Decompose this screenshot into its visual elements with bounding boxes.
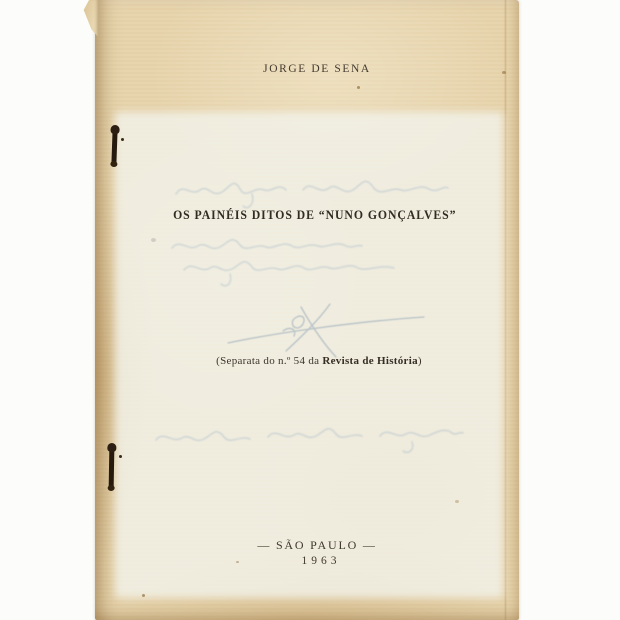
foxing-spot bbox=[357, 86, 360, 89]
year-line: 1963 bbox=[95, 555, 533, 567]
staple-bottom bbox=[109, 446, 115, 489]
photographed-booklet-cover: JORGE DE SENA OS PAINÉIS DITOS DE “NUNO … bbox=[0, 0, 620, 620]
foxing-spot bbox=[455, 500, 459, 503]
foxing-spot bbox=[502, 71, 506, 74]
foxing-spot bbox=[151, 238, 156, 242]
separata-journal: Revista de História bbox=[322, 355, 418, 367]
foxing-spot bbox=[142, 594, 145, 597]
staple-hole-dot bbox=[121, 138, 124, 141]
author-line: JORGE DE SENA bbox=[95, 63, 529, 75]
separata-suffix: ) bbox=[418, 355, 422, 367]
separata-line: (Separata do n.º 54 da Revista de Histór… bbox=[95, 355, 531, 367]
staple-hole-dot bbox=[119, 455, 122, 458]
corner-curl bbox=[82, 0, 99, 38]
right-edge-crease bbox=[504, 0, 507, 620]
foxing-spot bbox=[236, 561, 239, 563]
city-line: — SÃO PAULO — bbox=[95, 538, 529, 553]
title-line: OS PAINÉIS DITOS DE “NUNO GONÇALVES” bbox=[108, 208, 514, 223]
separata-prefix: (Separata do n.º 54 da bbox=[216, 355, 322, 367]
